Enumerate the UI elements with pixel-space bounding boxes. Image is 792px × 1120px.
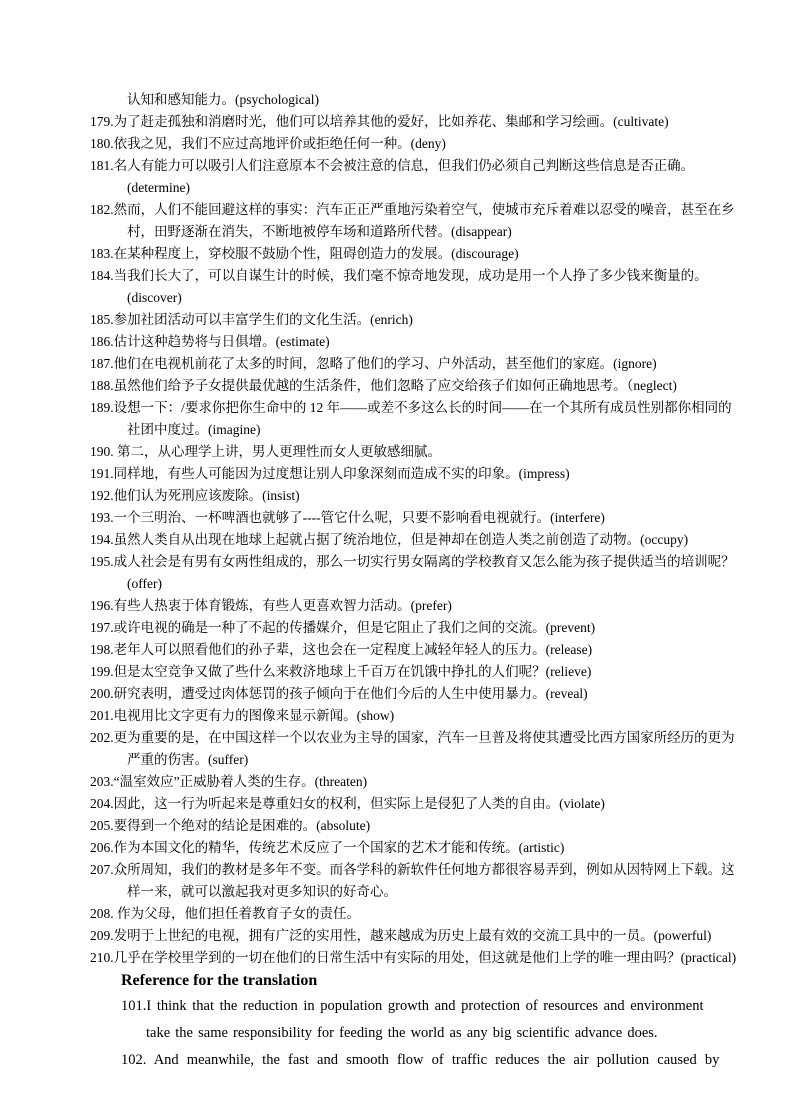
exercise-line: 182.然而，人们不能回避这样的事实：汽车正正严重地污染着空气，使城市充斥着难以… <box>90 199 752 221</box>
exercise-line: 189.设想一下：/要求你把你生命中的 12 年——或差不多这么长的时间——在一… <box>90 397 752 419</box>
exercise-line: 严重的伤害。(suffer) <box>90 749 752 771</box>
exercise-line: 208. 作为父母，他们担任着教育子女的责任。 <box>90 903 752 925</box>
exercise-line: 205.要得到一个绝对的结论是困难的。(absolute) <box>90 815 752 837</box>
exercise-line: 185.参加社团活动可以丰富学生们的文化生活。(enrich) <box>90 309 752 331</box>
exercise-line: 206.作为本国文化的精华，传统艺术反应了一个国家的艺术才能和传统。(artis… <box>90 837 752 859</box>
exercise-line: 201.电视用比文字更有力的图像来显示新闻。(show) <box>90 705 752 727</box>
exercise-line: 207.众所周知，我们的教材是多年不变。而各学科的新软件任何地方都很容易弄到，例… <box>90 859 752 881</box>
exercise-line: 180.依我之见，我们不应过高地评价或拒绝任何一种。(deny) <box>90 133 752 155</box>
reference-list: 101.I think that the reduction in popula… <box>90 993 752 1074</box>
exercise-line: 198.老年人可以照看他们的孙子辈，这也会在一定程度上减轻年轻人的压力。(rel… <box>90 639 752 661</box>
exercise-line: 200.研究表明，遭受过肉体惩罚的孩子倾向于在他们今后的人生中使用暴力。(rev… <box>90 683 752 705</box>
exercise-line: 村，田野逐渐在消失，不断地被停车场和道路所代替。(disappear) <box>90 221 752 243</box>
exercise-line: 181.名人有能力可以吸引人们注意原本不会被注意的信息，但我们仍必须自己判断这些… <box>90 155 752 177</box>
exercise-list: 认知和感知能力。(psychological)179.为了赶走孤独和消磨时光，他… <box>90 89 752 969</box>
exercise-line: 认知和感知能力。(psychological) <box>90 89 752 111</box>
exercise-line: 203.“温室效应”正威胁着人类的生存。(threaten) <box>90 771 752 793</box>
exercise-line: 样一来，就可以激起我对更多知识的好奇心。 <box>90 881 752 903</box>
exercise-line: 186.估计这种趋势将与日俱增。(estimate) <box>90 331 752 353</box>
exercise-line: 204.因此，这一行为听起来是尊重妇女的权利，但实际上是侵犯了人类的自由。(vi… <box>90 793 752 815</box>
exercise-line: 191.同样地，有些人可能因为过度想让别人印象深刻而造成不实的印象。(impre… <box>90 463 752 485</box>
exercise-line: (discover) <box>90 287 752 309</box>
exercise-line: 195.成人社会是有男有女两性组成的，那么一切实行男女隔离的学校教育又怎么能为孩… <box>90 551 752 573</box>
exercise-line: 202.更为重要的是，在中国这样一个以农业为主导的国家，汽车一旦普及将使其遭受比… <box>90 727 752 749</box>
exercise-line: 187.他们在电视机前花了太多的时间，忽略了他们的学习、户外活动，甚至他们的家庭… <box>90 353 752 375</box>
exercise-line: 183.在某种程度上，穿校服不鼓励个性，阻碍创造力的发展。(discourage… <box>90 243 752 265</box>
exercise-line: (offer) <box>90 573 752 595</box>
exercise-line: 190. 第二，从心理学上讲，男人更理性而女人更敏感细腻。 <box>90 441 752 463</box>
exercise-line: 193.一个三明治、一杯啤酒也就够了----管它什么呢，只要不影响看电视就行。(… <box>90 507 752 529</box>
exercise-line: 199.但是太空竞争又做了些什么来救济地球上千百万在饥饿中挣扎的人们呢？(rel… <box>90 661 752 683</box>
exercise-line: 188.虽然他们给予子女提供最优越的生活条件，他们忽略了应交给孩子们如何正确地思… <box>90 375 752 397</box>
exercise-line: 184.当我们长大了，可以自谋生计的时候，我们毫不惊奇地发现，成功是用一个人挣了… <box>90 265 752 287</box>
reference-line: take the same responsibility for feeding… <box>90 1020 752 1047</box>
document-page: 认知和感知能力。(psychological)179.为了赶走孤独和消磨时光，他… <box>0 0 792 1120</box>
reference-heading: Reference for the translation <box>90 969 752 993</box>
exercise-line: 192.他们认为死刑应该废除。(insist) <box>90 485 752 507</box>
exercise-line: 210.几乎在学校里学到的一切在他们的日常生活中有实际的用处，但这就是他们上学的… <box>90 947 752 969</box>
exercise-line: 196.有些人热衷于体育锻炼，有些人更喜欢智力活动。(prefer) <box>90 595 752 617</box>
exercise-line: 197.或许电视的确是一种了不起的传播媒介，但是它阻止了我们之间的交流。(pre… <box>90 617 752 639</box>
exercise-line: 社团中度过。(imagine) <box>90 419 752 441</box>
exercise-line: 179.为了赶走孤独和消磨时光，他们可以培养其他的爱好，比如养花、集邮和学习绘画… <box>90 111 752 133</box>
document-content: 认知和感知能力。(psychological)179.为了赶走孤独和消磨时光，他… <box>0 0 792 1074</box>
exercise-line: 209.发明于上世纪的电视，拥有广泛的实用性，越来越成为历史上最有效的交流工具中… <box>90 925 752 947</box>
reference-line: 101.I think that the reduction in popula… <box>90 993 752 1020</box>
reference-line: 102. And meanwhile, the fast and smooth … <box>90 1047 752 1074</box>
exercise-line: (determine) <box>90 177 752 199</box>
exercise-line: 194.虽然人类自从出现在地球上起就占据了统治地位，但是神却在创造人类之前创造了… <box>90 529 752 551</box>
